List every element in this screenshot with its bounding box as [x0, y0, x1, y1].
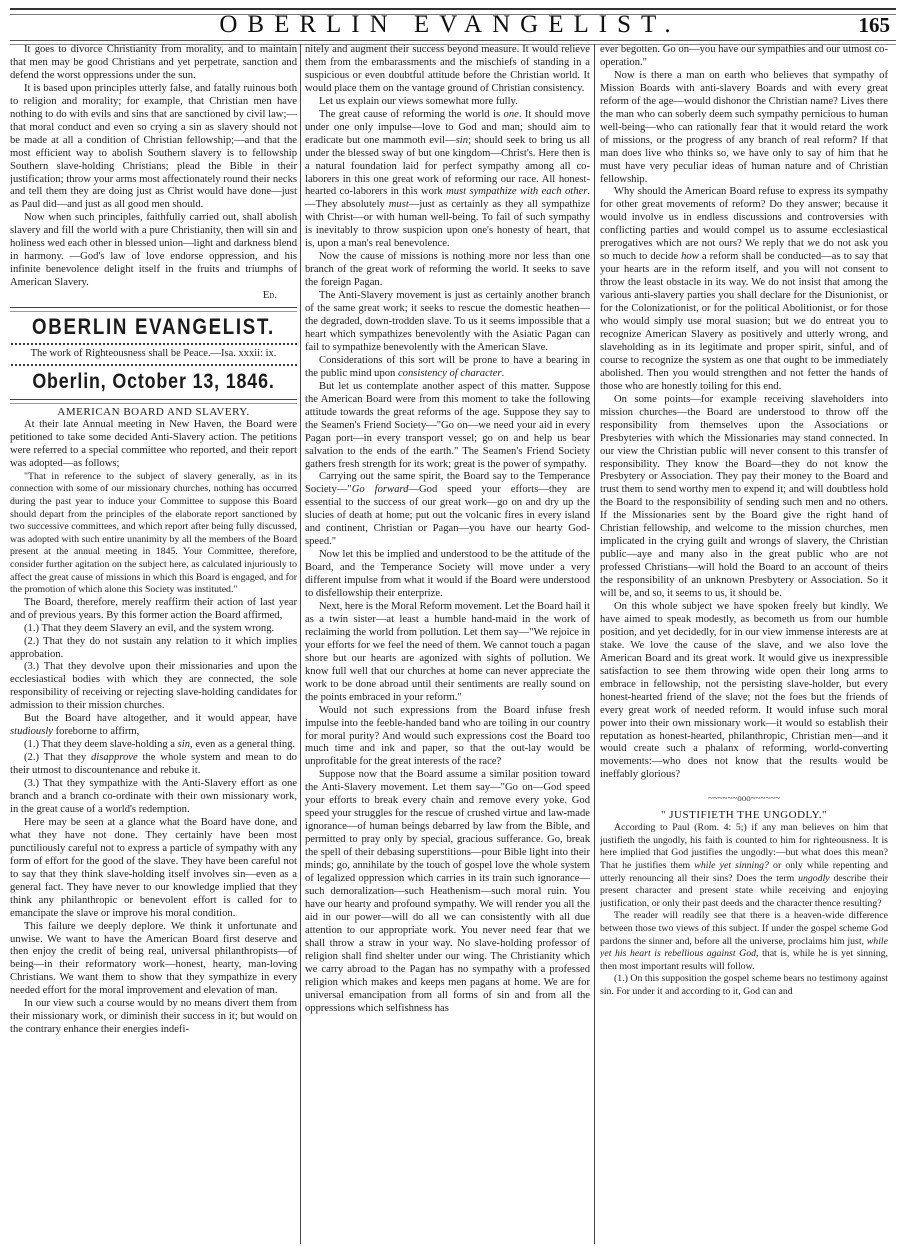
paragraph: It is based upon principles utterly fals… [10, 83, 297, 213]
paragraph: Let us explain our views somewhat more f… [305, 96, 590, 109]
column-1: It goes to divorce Christianity from mor… [10, 44, 297, 1249]
signature-text: Ed. [263, 290, 277, 301]
editor-signature: Ed. [10, 290, 297, 303]
text-run: a reform shall be conducted—as to say th… [600, 251, 888, 392]
nameplate: OBERLIN EVANGELIST. [32, 314, 276, 340]
emphasis: sin [178, 739, 190, 750]
column-divider [594, 44, 595, 1244]
quoted-report: "That in reference to the subject of sla… [10, 471, 297, 597]
emphasis: ungodly [798, 873, 830, 884]
paragraph: This failure we deeply deplore. We think… [10, 921, 297, 999]
paragraph: On this whole subject we have spoken fre… [600, 601, 888, 782]
masthead-title: OBERLIN EVANGELIST. [0, 12, 900, 38]
paragraph: Here may be seen at a glance what the Bo… [10, 817, 297, 921]
emphasis: disapprove [91, 752, 138, 763]
paragraph: According to Paul (Rom. 4: 5;) if any ma… [600, 822, 888, 910]
newspaper-page: OBERLIN EVANGELIST. 165 It goes to divor… [0, 0, 900, 1254]
text-run: . [502, 368, 505, 379]
paragraph: In our view such a course would by no me… [10, 998, 297, 1037]
section-rule [10, 399, 297, 404]
paragraph: Carrying out the same spirit, the Board … [305, 471, 590, 549]
emphasis: while yet sinning? [694, 860, 769, 871]
paragraph: It goes to divorce Christianity from mor… [10, 44, 297, 83]
emphasis: consistency of character [398, 368, 502, 379]
text-run: But the Board have altogether, and it wo… [24, 713, 297, 724]
paragraph: Now the cause of missions is nothing mor… [305, 251, 590, 290]
column-divider [300, 44, 301, 1244]
emphasis: must [389, 199, 409, 210]
motto: The work of Righteousness shall be Peace… [10, 348, 297, 361]
emphasis: Go forward [352, 484, 409, 495]
paragraph: On some points—for example receiving sla… [600, 394, 888, 601]
article-headline: " JUSTIFIETH THE UNGODLY." [600, 809, 888, 822]
paragraph: (1.) On this supposition the gospel sche… [600, 973, 888, 998]
list-item: (2.) That they do not sustain any relati… [10, 636, 297, 662]
paragraph: Why should the American Board refuse to … [600, 186, 888, 393]
paragraph: ever begotten. Go on—you have our sympat… [600, 44, 888, 70]
paragraph: Now let this be implied and understood t… [305, 549, 590, 601]
column-3: ever begotten. Go on—you have our sympat… [600, 44, 888, 1249]
paragraph: The Board, therefore, merely reaffirm th… [10, 597, 297, 623]
emphasis: how [681, 251, 699, 262]
text-run: foreborne to affirm, [53, 726, 139, 737]
paragraph: The Anti-Slavery movement is just as cer… [305, 290, 590, 355]
text-run: , even as a general thing. [190, 739, 295, 750]
emphasis: must sympathize with each other [446, 186, 587, 197]
list-item: (1.) That they deem slave-holding a sin,… [10, 739, 297, 752]
paragraph: Would not such expressions from the Boar… [305, 705, 590, 770]
list-item: (3.) That they sympathize with the Anti-… [10, 778, 297, 817]
wavy-rule [10, 342, 297, 346]
paragraph: nitely and augment their success beyond … [305, 44, 590, 96]
list-item: (2.) That they disapprove the whole syst… [10, 752, 297, 778]
column-2: nitely and augment their success beyond … [305, 44, 590, 1249]
emphasis: studiously [10, 726, 53, 737]
dateline: Oberlin, October 13, 1846. [32, 369, 276, 395]
ornament-divider: ~~~~~~ooo~~~~~~ [600, 792, 888, 805]
paragraph: Considerations of this sort will be pron… [305, 355, 590, 381]
emphasis: one [504, 109, 519, 120]
paragraph: But the Board have altogether, and it wo… [10, 713, 297, 739]
paragraph: The reader will readily see that there i… [600, 910, 888, 973]
article-headline: AMERICAN BOARD AND SLAVERY. [10, 406, 297, 419]
text-run: The reader will readily see that there i… [600, 910, 888, 946]
paragraph: Next, here is the Moral Reform movement.… [305, 601, 590, 705]
page-number: 165 [859, 13, 891, 38]
text-run: The great cause of reforming the world i… [319, 109, 504, 120]
paragraph: Now is there a man on earth who believes… [600, 70, 888, 187]
section-rule [10, 307, 297, 312]
paragraph: The great cause of reforming the world i… [305, 109, 590, 251]
list-item: (3.) That they devolve upon their missio… [10, 661, 297, 713]
paragraph: Now when such principles, faithfully car… [10, 212, 297, 290]
paragraph: Suppose now that the Board assume a simi… [305, 769, 590, 1015]
list-item: (1.) That they deem Slavery an evil, and… [10, 623, 297, 636]
paragraph: At their late Annual meeting in New Have… [10, 419, 297, 471]
text-run: (1.) That they deem slave-holding a [24, 739, 178, 750]
text-run: (2.) That they [24, 752, 91, 763]
wavy-rule [10, 363, 297, 367]
emphasis: sin [456, 135, 468, 146]
paragraph: But let us contemplate another aspect of… [305, 381, 590, 472]
